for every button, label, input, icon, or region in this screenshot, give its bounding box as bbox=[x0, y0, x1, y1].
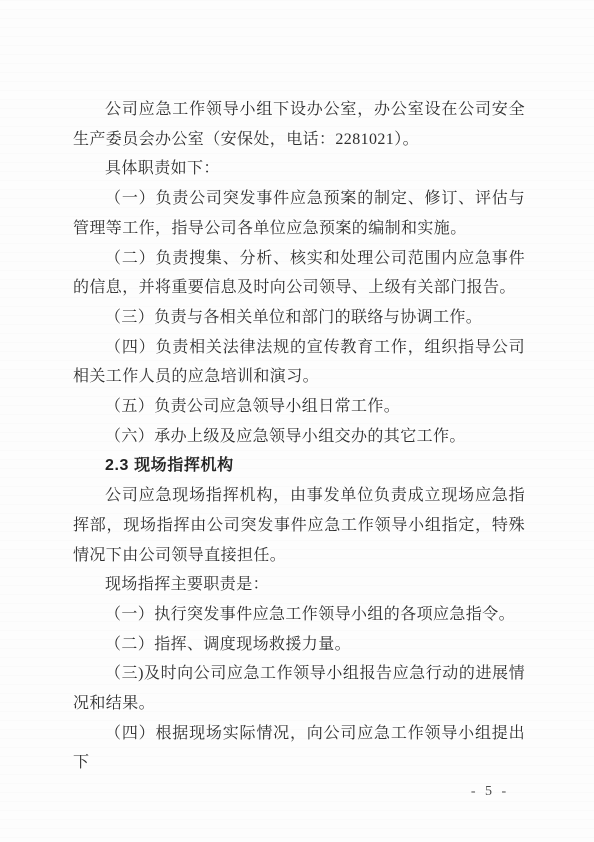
section-heading: 2.3 现场指挥机构 bbox=[73, 451, 525, 481]
document-page: 公司应急工作领导小组下设办公室，办公室设在公司安全生产委员会办公室（安保处，电话… bbox=[0, 0, 594, 842]
paragraph: （一）负责公司突发事件应急预案的制定、修订、评估与管理等工作，指导公司各单位应急… bbox=[73, 184, 525, 243]
paragraph: 公司应急工作领导小组下设办公室，办公室设在公司安全生产委员会办公室（安保处，电话… bbox=[73, 95, 525, 154]
paragraph: （二）负责搜集、分析、核实和处理公司范围内应急事件的信息，并将重要信息及时向公司… bbox=[73, 244, 525, 303]
paragraph: 具体职责如下： bbox=[73, 154, 525, 184]
paragraph: （四）根据现场实际情况，向公司应急工作领导小组提出下 bbox=[73, 719, 525, 778]
paragraph: 公司应急现场指挥机构，由事发单位负责成立现场应急指挥部，现场指挥由公司突发事件应… bbox=[73, 481, 525, 570]
document-body: 公司应急工作领导小组下设办公室，办公室设在公司安全生产委员会办公室（安保处，电话… bbox=[73, 95, 525, 778]
paragraph: （一）执行突发事件应急工作领导小组的各项应急指令。 bbox=[73, 600, 525, 630]
paragraph: 现场指挥主要职责是： bbox=[73, 570, 525, 600]
paragraph: （二）指挥、调度现场救援力量。 bbox=[73, 630, 525, 660]
paragraph: （四）负责相关法律法规的宣传教育工作，组织指导公司相关工作人员的应急培训和演习。 bbox=[73, 333, 525, 392]
paragraph: （三)及时向公司应急工作领导小组报告应急行动的进展情况和结果。 bbox=[73, 659, 525, 718]
paragraph: （六）承办上级及应急领导小组交办的其它工作。 bbox=[73, 422, 525, 452]
page-number: - 5 - bbox=[430, 784, 550, 800]
paragraph: （三）负责与各相关单位和部门的联络与协调工作。 bbox=[73, 303, 525, 333]
paragraph: （五）负责公司应急领导小组日常工作。 bbox=[73, 392, 525, 422]
